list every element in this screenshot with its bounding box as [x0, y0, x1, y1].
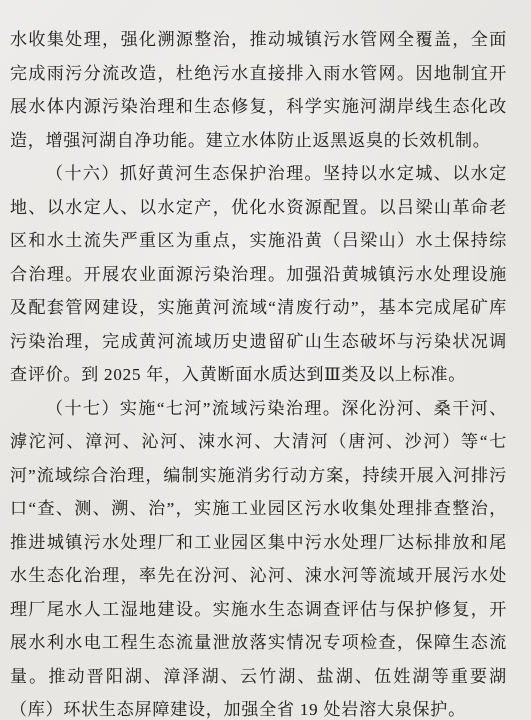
paragraph-continuation: 水收集处理，强化溯源整治，推动城镇污水管网全覆盖，全面完成雨污分流改造，杜绝污水… — [10, 23, 507, 157]
document-text-block: 水收集处理，强化溯源整治，推动城镇污水管网全覆盖，全面完成雨污分流改造，杜绝污水… — [10, 23, 507, 720]
paragraph-item-16: （十六）抓好黄河生态保护治理。坚持以水定城、以水定地、以水定人、以水定产，优化水… — [10, 157, 507, 392]
scanned-document-page: 水收集处理，强化溯源整治，推动城镇污水管网全覆盖，全面完成雨污分流改造，杜绝污水… — [0, 0, 531, 720]
paragraph-item-17: （十七）实施“七河”流域污染治理。深化汾河、桑干河、滹沱河、漳河、沁河、涑水河、… — [10, 392, 507, 720]
